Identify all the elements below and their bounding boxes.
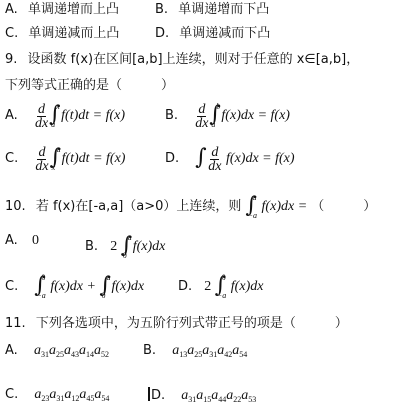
q8-option-a: A. 单调递增而上凸	[5, 2, 119, 18]
q8-option-d: D. 单调递减而下凸	[155, 26, 270, 42]
text-cursor-icon	[148, 387, 150, 401]
integral-symbol: ∫ax	[50, 145, 62, 173]
q11-option-d: D. a31a15a44a22a53	[148, 387, 256, 408]
q11-option-c: C. a23a31a12a45a54	[5, 387, 109, 407]
q11-option-a: A. a31a25a43a14a52	[5, 343, 109, 363]
integrand: f(x)dx +	[50, 279, 96, 294]
q8-option-c: C. 单调递减而上凸	[5, 26, 119, 42]
option-text: 单调递减而上凸	[28, 26, 119, 41]
option-label: A.	[5, 343, 18, 358]
option-label: A.	[5, 108, 18, 123]
option-label: D.	[155, 26, 169, 41]
question-stem: 设函数 f(x)在区间[a,b]上连续，则对于任意的 x∈[a,b]，	[28, 52, 360, 67]
integral-symbol: ∫a0	[121, 233, 133, 261]
option-label: D.	[165, 151, 179, 166]
question-stem: 下列各选项中，为五阶行列式带正号的项是（ ）	[36, 316, 348, 331]
integrand: f(t)dt = f(x)	[62, 151, 126, 166]
determinant-term: a23a31a12a45a54	[34, 387, 109, 402]
question-number: 10.	[5, 199, 26, 214]
integral-symbol: ∫ba	[209, 102, 221, 130]
option-label: D.	[178, 279, 192, 294]
q10-option-a: A. 0	[5, 233, 39, 249]
option-label: B.	[165, 108, 178, 123]
derivative-operator: ddx	[195, 103, 208, 130]
question-stem: 若 f(x)在[-a,a]（a>0）上连续，则	[36, 199, 242, 214]
integrand: f(x)dx	[133, 239, 166, 254]
option-text: 单调递增而下凸	[178, 2, 269, 17]
determinant-term: a31a15a44a22a53	[181, 388, 256, 403]
option-label: C.	[5, 387, 18, 402]
option-text: 单调递增而上凸	[28, 2, 119, 17]
option-value: 0	[32, 233, 39, 248]
integrand: f(x)dx = f(x)	[226, 151, 295, 166]
option-label: C.	[5, 279, 18, 294]
q10-stem: 10. 若 f(x)在[-a,a]（a>0）上连续，则 ∫a−af(x)dx =…	[5, 193, 376, 221]
determinant-term: a31a25a43a14a52	[34, 343, 109, 358]
q9-option-a: A. ddx∫xaf(t)dt = f(x)	[5, 102, 125, 130]
q9-option-d: D. ∫ddx f(x)dx = f(x)	[165, 145, 295, 173]
option-text: 单调递减而下凸	[179, 26, 270, 41]
option-label: C.	[5, 151, 18, 166]
derivative-operator: ddx	[35, 103, 48, 130]
option-label: B.	[155, 2, 168, 17]
q8-option-b: B. 单调递增而下凸	[155, 2, 269, 18]
answer-blank: （ ）	[311, 199, 376, 214]
q10-option-c: C. ∫0−af(x)dx + ∫a0f(x)dx	[5, 273, 144, 301]
option-label: D.	[151, 388, 165, 403]
integral-symbol: ∫a−a	[246, 193, 258, 221]
determinant-term: a13a25a31a42a54	[172, 343, 247, 358]
q10-option-d: D. 2 ∫0−af(x)dx	[178, 273, 263, 301]
option-label: B.	[85, 239, 98, 254]
integral-symbol: ∫0−a	[34, 273, 46, 301]
integrand: f(x)dx = f(x)	[221, 108, 290, 123]
q11-stem: 11. 下列各选项中，为五阶行列式带正号的项是（ ）	[5, 316, 348, 332]
q9-stem-line2: 下列等式正确的是（ ）	[5, 78, 174, 94]
option-label: A.	[5, 2, 18, 17]
integrand: f(x)dx	[111, 279, 144, 294]
derivative-operator: ddx	[208, 146, 221, 173]
q11-option-b: B. a13a25a31a42a54	[143, 343, 247, 363]
integral-symbol: ∫a0	[99, 273, 111, 301]
integrand: f(t)dt = f(x)	[61, 108, 125, 123]
question-number: 9.	[5, 52, 17, 67]
option-label: C.	[5, 26, 18, 41]
derivative-operator: ddx	[35, 146, 48, 173]
question-number: 11.	[5, 316, 26, 331]
q9-option-b: B. ddx∫baf(x)dx = f(x)	[165, 102, 290, 130]
q10-option-b: B. 2 ∫a0f(x)dx	[85, 233, 165, 261]
integral-symbol: ∫0−a	[215, 273, 227, 301]
q9-option-c: C. ddx∫axf(t)dt = f(x)	[5, 145, 125, 173]
option-label: B.	[143, 343, 156, 358]
option-label: A.	[5, 233, 18, 248]
integral-symbol: ∫xa	[49, 102, 61, 130]
integrand: f(x)dx	[231, 279, 264, 294]
integral-symbol: ∫	[195, 145, 207, 173]
integrand: f(x)dx =	[262, 199, 308, 214]
q9-stem-line1: 9. 设函数 f(x)在区间[a,b]上连续，则对于任意的 x∈[a,b]，	[5, 52, 359, 68]
